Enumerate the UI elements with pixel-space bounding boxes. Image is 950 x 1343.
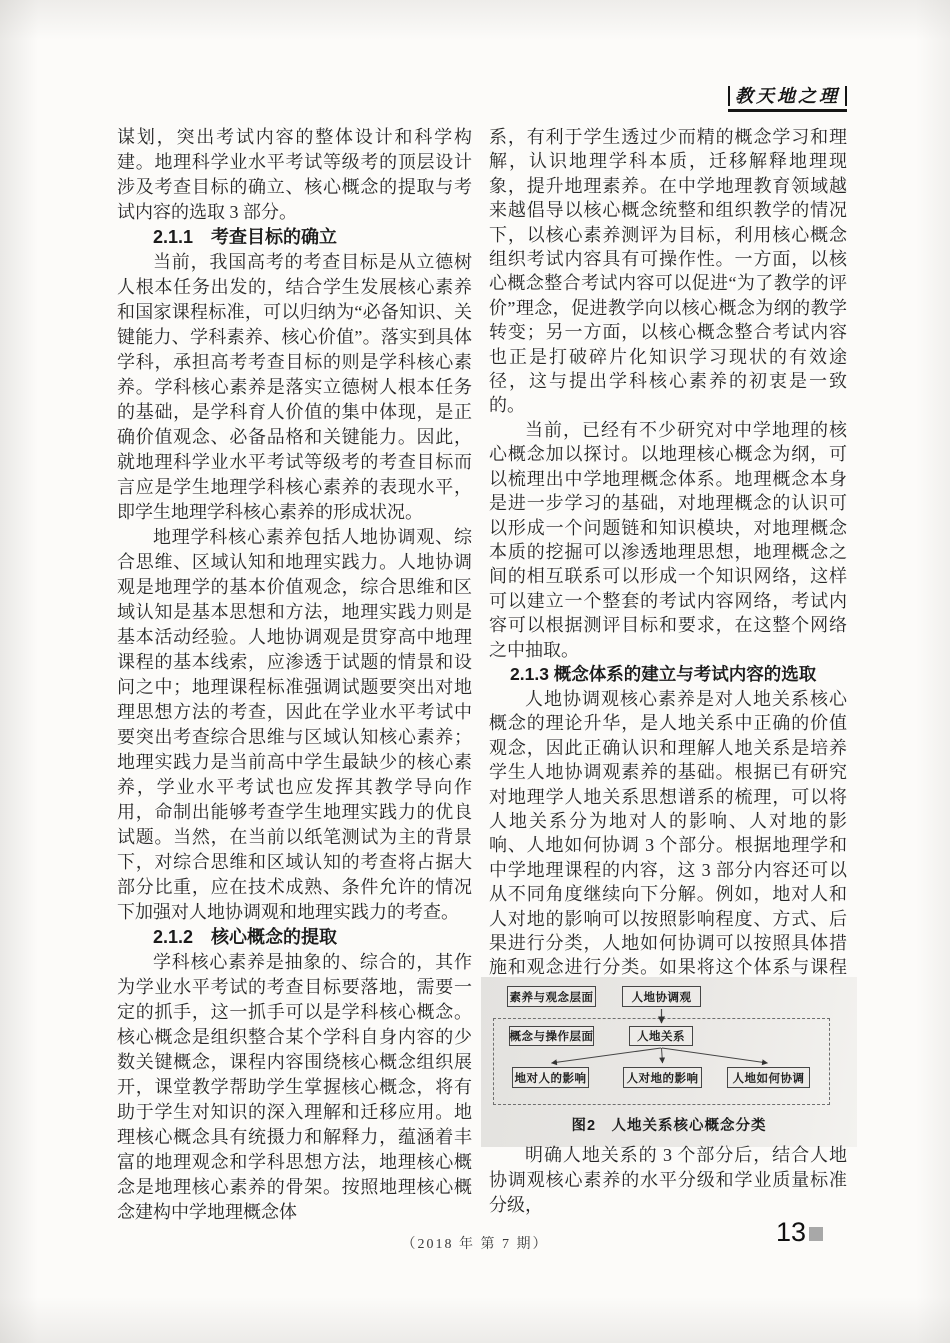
paragraph: 当前，已经有不少研究对中学地理的核心概念加以探讨。以地理核心概念为纲，可以梳理出… — [489, 418, 847, 662]
paragraph: 当前，我国高考的考查目标是从立德树人根本任务出发的，结合学生发展核心素养和国家课… — [117, 250, 472, 525]
journal-motto: 教天地之理 — [728, 86, 847, 106]
page-number-square-icon — [809, 1227, 823, 1241]
paragraph: 谋划，突出考试内容的整体设计和科学构建。地理科学业水平考试等级考的顶层设计涉及考… — [117, 125, 472, 225]
page-number: 13 — [776, 1218, 823, 1246]
figure-node-child-1: 地对人的影响 — [512, 1067, 589, 1088]
figure-node-child-2: 人对地的影响 — [623, 1067, 702, 1088]
figure-caption: 图2 人地关系核心概念分类 — [481, 1114, 857, 1135]
paragraph: 学科核心素养是抽象的、综合的，其作为学业水平考试的考查目标要落地，需要一定的抓手… — [117, 950, 472, 1225]
figure-node-root: 人地协调观 — [622, 986, 701, 1007]
left-column: 谋划，突出考试内容的整体设计和科学构建。地理科学业水平考试等级考的顶层设计涉及考… — [117, 125, 472, 1225]
page-number-value: 13 — [776, 1217, 806, 1247]
section-heading-212: 2.1.2 核心概念的提取 — [117, 925, 472, 950]
paragraph: 明确人地关系的 3 个部分后，结合人地协调观核心素养的水平分级和学业质量标准分级… — [489, 1143, 847, 1218]
section-heading-213: 2.1.3 概念体系的建立与考试内容的选取 — [489, 662, 847, 687]
paragraph: 地理学科核心素养包括人地协调观、综合思维、区域认知和地理实践力。人地协调观是地理… — [117, 525, 472, 925]
figure-layer-label-operation-level: 概念与操作层面 — [509, 1026, 594, 1046]
paragraph: 系，有利于学生透过少而精的概念学习和理解，认识地理学科本质，迁移解释地理现象，提… — [489, 125, 847, 418]
journal-header: 教天地之理 — [728, 86, 847, 112]
right-column-bottom: 明确人地关系的 3 个部分后，结合人地协调观核心素养的水平分级和学业质量标准分级… — [489, 1143, 847, 1218]
section-heading-211: 2.1.1 考查目标的确立 — [117, 225, 472, 250]
figure-node-child-3: 人地如何协调 — [727, 1067, 810, 1088]
journal-page: 教天地之理 谋划，突出考试内容的整体设计和科学构建。地理科学业水平考试等级考的顶… — [0, 0, 950, 1343]
figure-node-mid: 人地关系 — [629, 1026, 693, 1046]
right-column: 系，有利于学生透过少而精的概念学习和理解，认识地理学科本质，迁移解释地理现象，提… — [489, 125, 847, 1029]
figure-layer-label-concept-level: 素养与观念层面 — [507, 986, 596, 1007]
figure-2: 素养与观念层面 人地协调观 概念与操作层面 人地关系 地对人的影响 人对地的影响… — [481, 977, 857, 1147]
